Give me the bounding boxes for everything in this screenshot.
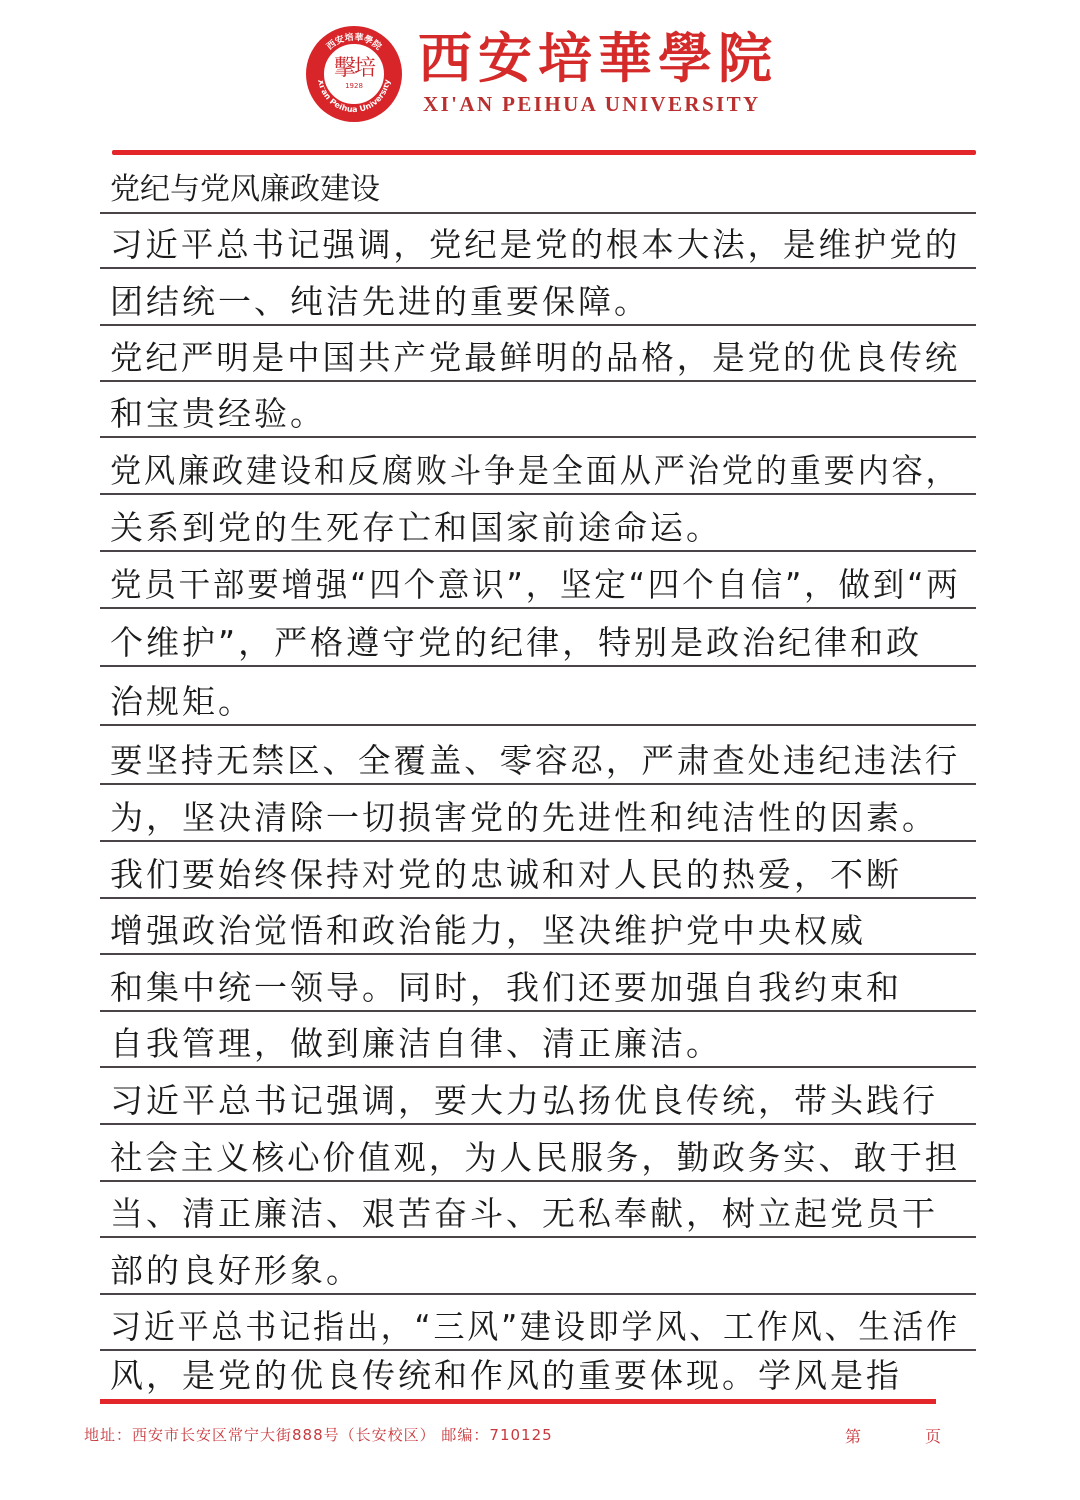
text-line: 习近平总书记强调，要大力弘扬优良传统，带头践行 (100, 1069, 976, 1125)
line-text: 和集中统一领导。同时，我们还要加强自我约束和 (110, 968, 902, 1008)
line-text: 习近平总书记强调，要大力弘扬优良传统，带头践行 (110, 1081, 938, 1121)
line-text: 当、清正廉洁、艰苦奋斗、无私奉献，树立起党员干 (110, 1194, 938, 1234)
seal-year: 1928 (345, 82, 363, 90)
text-line: 要坚持无禁区、全覆盖、零容忍，严肃查处违纪违法行 (100, 729, 976, 785)
line-text: 增强政治觉悟和政治能力，坚决维护党中央权威 (110, 911, 866, 951)
ruled-line (100, 607, 976, 609)
ruled-line (100, 840, 976, 842)
document-title: 党纪与党风廉政建设 (110, 170, 380, 210)
line-text: 为，坚决清除一切损害党的先进性和纯洁性的因素。 (110, 798, 938, 838)
footer-address: 地址：西安市长安区常宁大街888号（长安校区） 邮编：710125 (84, 1424, 553, 1445)
school-name-chinese: 西安培華學院 (418, 28, 778, 88)
text-line: 个维护”，严格遵守党的纪律，特别是政治纪律和政 (100, 611, 976, 667)
line-text: 团结统一、纯洁先进的重要保障。 (110, 282, 650, 322)
page-label-suffix: 页 (925, 1424, 941, 1447)
letterhead: 西安培華學院 Xi'an Peihua University 擊培 1928 西… (0, 0, 1080, 150)
text-line: 治规矩。 (100, 670, 976, 726)
page-label-prefix: 第 (845, 1424, 861, 1447)
ruled-line (100, 1123, 976, 1125)
line-text: 部的良好形象。 (110, 1251, 362, 1291)
text-line: 为，坚决清除一切损害党的先进性和纯洁性的因素。 (100, 786, 976, 842)
seal-center: 擊培 1928 (322, 42, 386, 106)
ruled-line (100, 436, 976, 438)
text-line: 习近平总书记指出，“三风”建设即学风、工作风、生活作 (100, 1295, 976, 1351)
line-text: 治规矩。 (110, 682, 254, 722)
text-line: 和宝贵经验。 (100, 382, 976, 438)
school-name-english: XI'AN PEIHUA UNIVERSITY (423, 92, 761, 117)
text-line: 社会主义核心价值观，为人民服务，勤政务实、敢于担 (100, 1126, 976, 1182)
ruled-line (100, 550, 976, 552)
line-text: 自我管理，做到廉洁自律、清正廉洁。 (110, 1024, 722, 1064)
line-text: 风，是党的优良传统和作风的重要体现。学风是指 (110, 1356, 902, 1396)
text-line: 党风廉政建设和反腐败斗争是全面从严治党的重要内容， (100, 439, 976, 495)
text-line: 团结统一、纯洁先进的重要保障。 (100, 270, 976, 326)
ruled-line (100, 665, 976, 667)
line-text: 党纪严明是中国共产党最鲜明的品格，是党的优良传统 (110, 338, 960, 378)
line-text: 和宝贵经验。 (110, 394, 326, 434)
text-line: 我们要始终保持对党的忠诚和对人民的热爱，不断 (100, 843, 976, 899)
ruled-line (100, 953, 976, 955)
text-line: 和集中统一领导。同时，我们还要加强自我约束和 (100, 956, 976, 1012)
text-line: 关系到党的生死存亡和国家前途命运。 (100, 496, 976, 552)
line-text: 社会主义核心价值观，为人民服务，勤政务实、敢于担 (110, 1138, 960, 1178)
university-seal-logo: 西安培華學院 Xi'an Peihua University 擊培 1928 (306, 26, 402, 122)
line-text: 习近平总书记强调，党纪是党的根本大法，是维护党的 (110, 225, 960, 265)
footer-red-divider (100, 1399, 936, 1404)
text-line: 自我管理，做到廉洁自律、清正廉洁。 (100, 1012, 976, 1068)
header-red-divider (112, 150, 976, 155)
ruled-line (100, 1236, 976, 1238)
line-text: 我们要始终保持对党的忠诚和对人民的热爱，不断 (110, 855, 902, 895)
ruled-line (100, 724, 976, 726)
line-text: 个维护”，严格遵守党的纪律，特别是政治纪律和政 (110, 623, 922, 663)
line-text: 关系到党的生死存亡和国家前途命运。 (110, 508, 722, 548)
text-line: 党员干部要增强“四个意识”，坚定“四个自信”，做到“两 (100, 553, 976, 609)
ruled-line (100, 267, 976, 269)
line-text: 党员干部要增强“四个意识”，坚定“四个自信”，做到“两 (110, 565, 961, 605)
text-line: 增强政治觉悟和政治能力，坚决维护党中央权威 (100, 899, 976, 955)
text-line: 党纪严明是中国共产党最鲜明的品格，是党的优良传统 (100, 326, 976, 382)
ruled-line (100, 493, 976, 495)
text-line: 习近平总书记强调，党纪是党的根本大法，是维护党的 (100, 213, 976, 269)
text-line: 部的良好形象。 (100, 1239, 976, 1295)
text-line: 风，是党的优良传统和作风的重要体现。学风是指 (100, 1346, 976, 1400)
title-row: 党纪与党风廉政建设 (100, 158, 976, 214)
ruled-line (100, 1066, 976, 1068)
lined-paper-page: 西安培華學院 Xi'an Peihua University 擊培 1928 西… (0, 0, 1080, 1500)
ruled-line (100, 783, 976, 785)
line-text: 要坚持无禁区、全覆盖、零容忍，严肃查处违纪违法行 (110, 741, 960, 781)
line-text: 习近平总书记指出，“三风”建设即学风、工作风、生活作 (110, 1307, 960, 1347)
seal-glyph: 擊培 (334, 58, 374, 80)
text-line: 当、清正廉洁、艰苦奋斗、无私奉献，树立起党员干 (100, 1182, 976, 1238)
line-text: 党风廉政建设和反腐败斗争是全面从严治党的重要内容， (110, 451, 960, 491)
